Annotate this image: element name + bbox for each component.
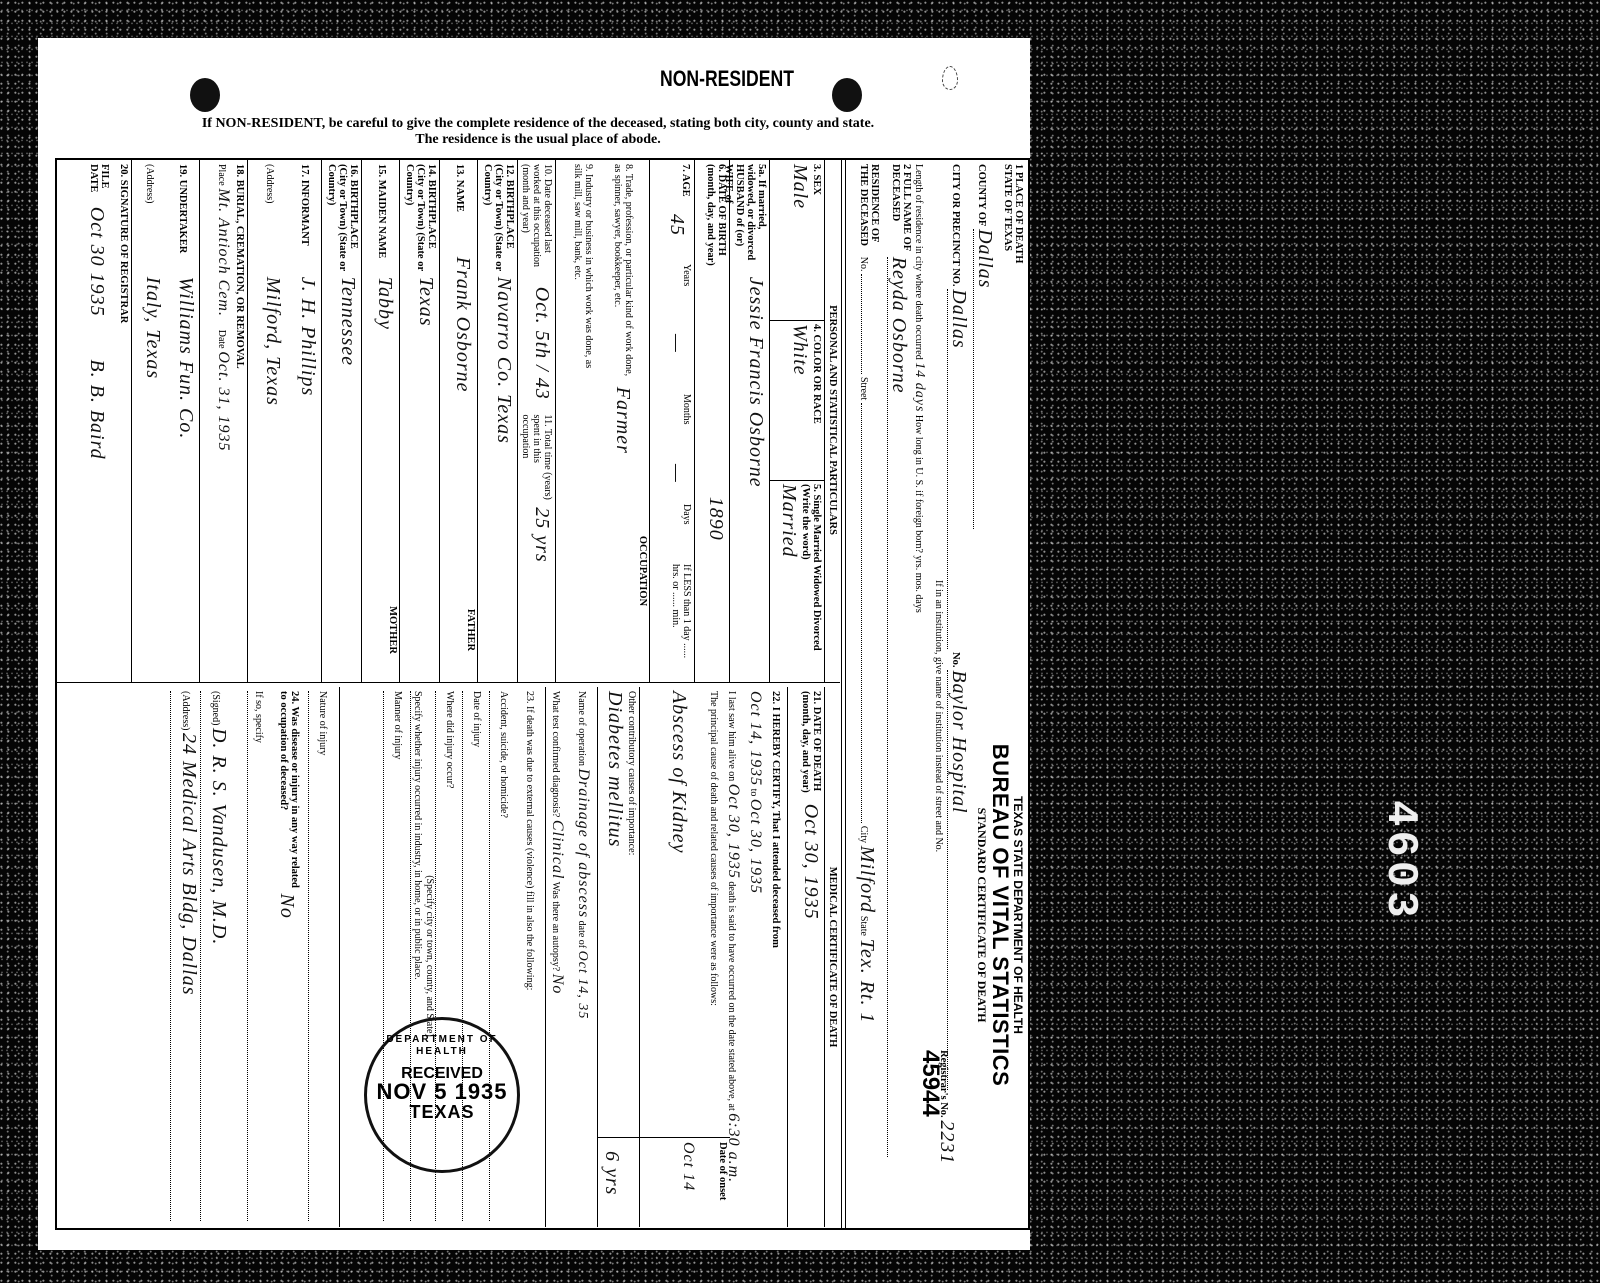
non-resident-note: If NON-RESIDENT, be careful to give the … xyxy=(48,116,1028,148)
industry-field: 9. Industry or business in which work wa… xyxy=(572,164,594,679)
informant-address-field: (Address) Milford, Texas xyxy=(262,164,284,679)
birthplace-field: 12. BIRTHPLACE (City or Town) (State or … xyxy=(482,164,515,679)
onset-field: Date of onset Oct 14 xyxy=(677,1142,728,1222)
received-stamp: DEPARTMENT OF HEALTH RECEIVED NOV 5 1935… xyxy=(364,1017,520,1173)
undertaker-address-field: (Address) Italy, Texas xyxy=(142,164,164,679)
father-birthplace-field: 14. BIRTHPLACE (City or Town) (State or … xyxy=(404,164,437,679)
contributory-cause-field: Other contributory causes of importance:… xyxy=(604,691,637,1221)
city-precinct-field: CITY OR PRECINCT NO. Dallas No. Baylor H… xyxy=(947,164,970,1164)
informant-field: 17. INFORMANT J. H. Phillips xyxy=(297,164,319,679)
sex-field: 3. SEX Male xyxy=(789,164,822,324)
cause-of-death-field: Abscess of Kidney xyxy=(668,691,690,1121)
institution-note: If in an institution, give name of insti… xyxy=(933,580,944,852)
trade-field: 8. Trade, profession, or particular kind… xyxy=(612,164,634,679)
punch-hole-left xyxy=(190,78,220,112)
physician-signature-field: (Signed) D. R. S. Vandusen, M.D. (Addres… xyxy=(170,691,230,1221)
residence-field: RESIDENCE OF THE DECEASED No. Street Cit… xyxy=(856,164,880,1224)
mother-maiden-name-field: 15. MAIDEN NAME Tabby xyxy=(374,164,396,584)
full-name-field: 2 FULL NAME OF DECEASED Reyda Osborne xyxy=(887,164,912,1224)
date-of-death-field: 21. DATE OF DEATH (month, day, and year)… xyxy=(800,691,822,1221)
diagnosis-test-field: What test confirmed diagnosis? Clinical … xyxy=(546,691,568,1221)
personal-section: PERSONAL AND STATISTICAL PARTICULARS 3. … xyxy=(55,160,840,685)
last-worked-field: 10. Date deceased last worked at this oc… xyxy=(520,164,553,679)
place-of-death-label: 1 PLACE OF DEATH STATE OF TEXAS xyxy=(1002,164,1024,284)
father-name-field: 13. NAME Frank Osborne xyxy=(452,164,474,584)
death-certificate-form: TEXAS STATE DEPARTMENT OF HEALTH BUREAU … xyxy=(55,158,1030,1230)
non-resident-stamp: NON-RESIDENT xyxy=(660,66,794,92)
scan-side-number: 4603 xyxy=(1375,800,1425,922)
marital-status-field: 5. Single Married Widowed Divorced (Writ… xyxy=(778,484,822,679)
color-race-field: 4. COLOR OR RACE White xyxy=(789,324,822,484)
nature-of-injury-field: Nature of injury xyxy=(308,691,335,1221)
age-field: 7. AGE 45 Years — Months — Days If LESS … xyxy=(650,164,692,679)
mother-birthplace-field: 16. BIRTHPLACE (City or Town) (State or … xyxy=(326,164,359,679)
operation-field: Name of operation Drainage of abscess da… xyxy=(571,691,594,1221)
ink-mark xyxy=(942,66,958,90)
punch-hole-right xyxy=(832,78,862,112)
registrar-signature-field: 20. SIGNATURE OF REGISTRAR FILE DATE Oct… xyxy=(86,164,129,679)
date-of-birth-field: 6. DATE OF BIRTH (month, day, and year) … xyxy=(705,164,727,679)
county-field: COUNTY OF Dallas xyxy=(973,164,996,604)
occupation-related-field: 24. Was disease or injury in any way rel… xyxy=(247,691,300,1221)
form-title: TEXAS STATE DEPARTMENT OF HEALTH BUREAU … xyxy=(976,615,1024,1215)
undertaker-field: 19. UNDERTAKER Williams Fun. Co. xyxy=(175,164,197,679)
medical-section: MEDICAL CERTIFICATE OF DEATH 21. DATE OF… xyxy=(55,687,840,1227)
burial-field: 18. BURIAL, CREMATION, OR REMOVAL Place … xyxy=(212,164,245,679)
